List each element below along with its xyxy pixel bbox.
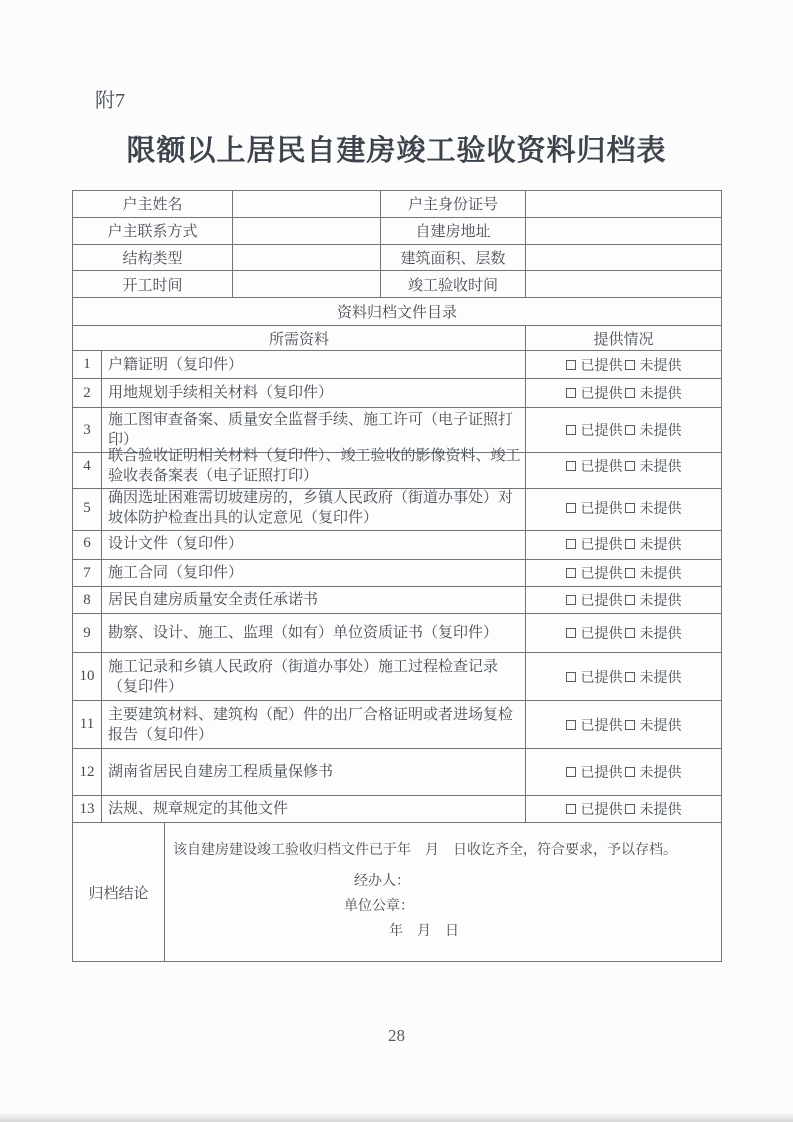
checkbox-not-provided: 未提供 — [625, 355, 682, 375]
status-cell: 已提供 未提供 — [526, 749, 721, 796]
table-row: 12 湖南省居民自建房工程质量保修书 已提供 未提供 — [73, 749, 721, 796]
info-value-structure-type — [233, 245, 381, 272]
checkbox-label: 未提供 — [640, 563, 682, 583]
checkbox-provided: 已提供 — [566, 590, 623, 610]
checkbox-not-provided: 未提供 — [625, 456, 682, 476]
checkbox-provided: 已提供 — [566, 534, 623, 554]
checkbox-not-provided: 未提供 — [625, 799, 682, 819]
info-label-id-number: 户主身份证号 — [381, 191, 526, 218]
checkbox-icon — [566, 360, 576, 370]
material-cell: 主要建筑材料、建筑构（配）件的出厂合格证明或者进场复检报告（复印件） — [102, 701, 526, 749]
checkbox-icon — [566, 568, 576, 578]
checkbox-label: 已提供 — [581, 383, 623, 403]
table-row: 4 联合验收证明相关材料（复印件）、竣工验收的影像资料、竣工验收表备案表（电子证… — [73, 444, 721, 486]
status-cell: 已提供 未提供 — [526, 444, 721, 489]
checkbox-provided: 已提供 — [566, 563, 623, 583]
checkbox-label: 未提供 — [640, 623, 682, 643]
material-cell: 湖南省居民自建房工程质量保修书 — [102, 749, 526, 796]
checkbox-icon — [625, 388, 635, 398]
material-cell: 勘察、设计、施工、监理（如有）单位资质证书（复印件） — [102, 614, 526, 653]
row-number: 4 — [73, 444, 102, 489]
checkbox-label: 已提供 — [581, 715, 623, 735]
status-cell: 已提供 未提供 — [526, 614, 721, 653]
checkbox-label: 已提供 — [581, 590, 623, 610]
checkbox-label: 已提供 — [581, 534, 623, 554]
checkbox-icon — [625, 804, 635, 814]
attachment-label: 附7 — [95, 84, 125, 113]
row-number: 10 — [73, 653, 102, 701]
material-cell: 居民自建房质量安全责任承诺书 — [102, 587, 526, 614]
directory-header-row: 所需资料 提供情况 — [73, 326, 721, 351]
material-cell: 用地规划手续相关材料（复印件） — [102, 379, 526, 408]
checkbox-icon — [625, 568, 635, 578]
material-cell: 施工合同（复印件） — [102, 560, 526, 587]
archive-form-table: 户主姓名 户主身份证号 户主联系方式 自建房地址 结构类型 建筑面积、层数 开工… — [72, 190, 722, 962]
table-row: 13 法规、规章规定的其他文件 已提供 未提供 — [73, 796, 721, 823]
status-cell: 已提供 未提供 — [526, 351, 721, 379]
checkbox-label: 已提供 — [581, 355, 623, 375]
row-number: 7 — [73, 560, 102, 587]
checkbox-label: 已提供 — [581, 799, 623, 819]
checkbox-icon — [566, 388, 576, 398]
checkbox-provided: 已提供 — [566, 498, 623, 518]
checkbox-label: 未提供 — [640, 590, 682, 610]
checkbox-provided: 已提供 — [566, 762, 623, 782]
checkbox-provided: 已提供 — [566, 456, 623, 476]
table-row: 8 居民自建房质量安全责任承诺书 已提供 未提供 — [73, 587, 721, 614]
checkbox-provided: 已提供 — [566, 420, 623, 440]
checkbox-icon — [566, 628, 576, 638]
row-number: 1 — [73, 351, 102, 379]
status-cell: 已提供 未提供 — [526, 796, 721, 823]
checkbox-not-provided: 未提供 — [625, 563, 682, 583]
checkbox-not-provided: 未提供 — [625, 667, 682, 687]
page-title: 限额以上居民自建房竣工验收资料归档表 — [0, 128, 793, 169]
checkbox-icon — [566, 595, 576, 605]
checkbox-icon — [625, 461, 635, 471]
status-cell: 已提供 未提供 — [526, 528, 721, 560]
material-cell: 确因选址困难需切坡建房的，乡镇人民政府（街道办事处）对坡体防护检查出具的认定意见… — [102, 486, 526, 531]
checkbox-icon — [625, 595, 635, 605]
checkbox-icon — [566, 672, 576, 682]
info-label-owner-name: 户主姓名 — [73, 191, 233, 218]
checkbox-icon — [566, 804, 576, 814]
table-row: 10 施工记录和乡镇人民政府（街道办事处）施工过程检查记录（复印件） 已提供 未… — [73, 653, 721, 701]
table-row: 7 施工合同（复印件） 已提供 未提供 — [73, 560, 721, 587]
checkbox-provided: 已提供 — [566, 355, 623, 375]
table-row: 11 主要建筑材料、建筑构（配）件的出厂合格证明或者进场复检报告（复印件） 已提… — [73, 701, 721, 749]
checkbox-icon — [566, 720, 576, 730]
table-row: 6 设计文件（复印件） 已提供 未提供 — [73, 528, 721, 560]
checkbox-not-provided: 未提供 — [625, 498, 682, 518]
checkbox-label: 未提供 — [640, 355, 682, 375]
checkbox-provided: 已提供 — [566, 715, 623, 735]
checkbox-icon — [566, 767, 576, 777]
info-label-acceptance-date: 竣工验收时间 — [381, 271, 526, 298]
info-value-address — [526, 218, 721, 245]
checkbox-label: 已提供 — [581, 667, 623, 687]
info-label-address: 自建房地址 — [381, 218, 526, 245]
status-cell: 已提供 未提供 — [526, 701, 721, 749]
material-cell: 法规、规章规定的其他文件 — [102, 796, 526, 823]
row-number: 9 — [73, 614, 102, 653]
scan-edge-shadow — [0, 1112, 793, 1122]
checkbox-label: 未提供 — [640, 715, 682, 735]
checkbox-label: 未提供 — [640, 498, 682, 518]
table-row: 1 户籍证明（复印件） 已提供 未提供 — [73, 351, 721, 379]
checkbox-label: 已提供 — [581, 563, 623, 583]
info-value-owner-name — [233, 191, 381, 218]
status-cell: 已提供 未提供 — [526, 653, 721, 701]
checkbox-not-provided: 未提供 — [625, 383, 682, 403]
checkbox-not-provided: 未提供 — [625, 420, 682, 440]
conclusion-statement: 该自建房建设竣工验收归档文件已于年 月 日收讫齐全，符合要求，予以存档。 — [173, 841, 715, 861]
checkbox-provided: 已提供 — [566, 383, 623, 403]
checkbox-icon — [566, 461, 576, 471]
checkbox-provided: 已提供 — [566, 623, 623, 643]
row-number: 13 — [73, 796, 102, 823]
checkbox-icon — [566, 425, 576, 435]
status-cell: 已提供 未提供 — [526, 379, 721, 408]
checkbox-icon — [625, 672, 635, 682]
checkbox-icon — [625, 503, 635, 513]
handler-label: 经办人： — [173, 872, 715, 892]
material-cell: 施工记录和乡镇人民政府（街道办事处）施工过程检查记录（复印件） — [102, 653, 526, 701]
row-number: 11 — [73, 701, 102, 749]
checkbox-provided: 已提供 — [566, 667, 623, 687]
checkbox-icon — [625, 360, 635, 370]
info-value-start-date — [233, 271, 381, 298]
conclusion-body: 该自建房建设竣工验收归档文件已于年 月 日收讫齐全，符合要求，予以存档。 经办人… — [165, 823, 721, 961]
checkbox-label: 已提供 — [581, 456, 623, 476]
material-cell: 设计文件（复印件） — [102, 528, 526, 560]
info-label-area-floors: 建筑面积、层数 — [381, 245, 526, 272]
material-cell: 户籍证明（复印件） — [102, 351, 526, 379]
checkbox-icon — [625, 767, 635, 777]
checkbox-label: 未提供 — [640, 456, 682, 476]
row-number: 6 — [73, 528, 102, 560]
checkbox-icon — [625, 720, 635, 730]
owner-info-section: 户主姓名 户主身份证号 户主联系方式 自建房地址 结构类型 建筑面积、层数 开工… — [73, 191, 721, 298]
info-value-acceptance-date — [526, 271, 721, 298]
checkbox-label: 已提供 — [581, 498, 623, 518]
checkbox-not-provided: 未提供 — [625, 534, 682, 554]
info-value-area-floors — [526, 245, 721, 272]
conclusion-label: 归档结论 — [73, 823, 165, 961]
checkbox-icon — [625, 628, 635, 638]
checkbox-not-provided: 未提供 — [625, 715, 682, 735]
row-number: 2 — [73, 379, 102, 408]
column-header-material: 所需资料 — [73, 326, 526, 351]
status-cell: 已提供 未提供 — [526, 560, 721, 587]
checkbox-label: 未提供 — [640, 799, 682, 819]
checkbox-icon — [566, 503, 576, 513]
material-cell: 联合验收证明相关材料（复印件）、竣工验收的影像资料、竣工验收表备案表（电子证照打… — [102, 444, 526, 489]
table-row: 2 用地规划手续相关材料（复印件） 已提供 未提供 — [73, 379, 721, 408]
column-header-status: 提供情况 — [526, 326, 721, 351]
status-cell: 已提供 未提供 — [526, 587, 721, 614]
checkbox-label: 未提供 — [640, 420, 682, 440]
status-cell: 已提供 未提供 — [526, 486, 721, 531]
info-value-id-number — [526, 191, 721, 218]
scanned-document-page: 附7 限额以上居民自建房竣工验收资料归档表 户主姓名 户主身份证号 户主联系方式… — [0, 0, 793, 1122]
date-line: 年 月 日 — [173, 922, 715, 942]
checkbox-not-provided: 未提供 — [625, 590, 682, 610]
checkbox-icon — [625, 425, 635, 435]
row-number: 12 — [73, 749, 102, 796]
checkbox-label: 已提供 — [581, 623, 623, 643]
table-row: 3 施工图审查备案、质量安全监督手续、施工许可（电子证照打印） 已提供 未提供 — [73, 408, 721, 444]
checkbox-not-provided: 未提供 — [625, 623, 682, 643]
checkbox-label: 已提供 — [581, 762, 623, 782]
seal-label: 单位公章： — [173, 897, 715, 917]
table-row: 5 确因选址困难需切坡建房的，乡镇人民政府（街道办事处）对坡体防护检查出具的认定… — [73, 486, 721, 528]
directory-section-title: 资料归档文件目录 — [73, 298, 721, 326]
table-row: 9 勘察、设计、施工、监理（如有）单位资质证书（复印件） 已提供 未提供 — [73, 614, 721, 653]
info-label-contact: 户主联系方式 — [73, 218, 233, 245]
checkbox-label: 已提供 — [581, 420, 623, 440]
row-number: 8 — [73, 587, 102, 614]
checkbox-icon — [625, 539, 635, 549]
checkbox-provided: 已提供 — [566, 799, 623, 819]
info-label-structure-type: 结构类型 — [73, 245, 233, 272]
checkbox-label: 未提供 — [640, 667, 682, 687]
checkbox-icon — [566, 539, 576, 549]
checkbox-label: 未提供 — [640, 383, 682, 403]
row-number: 5 — [73, 486, 102, 531]
checkbox-label: 未提供 — [640, 534, 682, 554]
info-value-contact — [233, 218, 381, 245]
conclusion-section: 归档结论 该自建房建设竣工验收归档文件已于年 月 日收讫齐全，符合要求，予以存档… — [73, 823, 721, 961]
page-number: 28 — [0, 1026, 793, 1046]
info-label-start-date: 开工时间 — [73, 271, 233, 298]
checkbox-not-provided: 未提供 — [625, 762, 682, 782]
checkbox-label: 未提供 — [640, 762, 682, 782]
